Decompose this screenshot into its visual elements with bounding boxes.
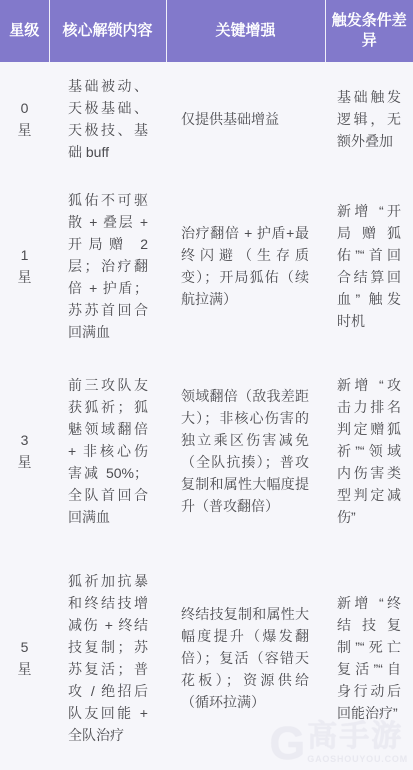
- table-row: 5 星 狐祈加抗暴和终结技增减伤 + 终结技复制；苏苏复活；普攻 / 绝招后队友…: [0, 545, 413, 770]
- trigger-diff-cell: 新增 “终结技复制”“死亡复活”“自身行动后回能治疗”: [325, 545, 413, 770]
- star-cell: 0 星: [0, 62, 49, 175]
- core-unlock-cell: 狐祈加抗暴和终结技增减伤 + 终结技复制；苏苏复活；普攻 / 绝招后队友回能 +…: [49, 545, 166, 770]
- table-header-row: 星级 核心解锁内容 关键增强 触发条件差异: [0, 0, 413, 62]
- table-row: 1 星 狐佑不可驱散 + 叠层 + 开局赠 2 层；治疗翻倍 + 护盾；苏苏首回…: [0, 175, 413, 357]
- header-core-unlock: 核心解锁内容: [49, 0, 166, 62]
- key-enhancement-cell: 治疗翻倍 + 护盾+最终闪避（生存质变）；开局狐佑（续航拉满）: [166, 175, 325, 357]
- key-enhancement-cell: 终结技复制和属性大幅度提升（爆发翻倍）；复活（容错天花板）；资源供给（循环拉满）: [166, 545, 325, 770]
- core-unlock-cell: 基础被动、天极基础、天极技、基础 buff: [49, 62, 166, 175]
- star-cell: 1 星: [0, 175, 49, 357]
- trigger-diff-cell: 基础触发逻辑，无额外叠加: [325, 62, 413, 175]
- table-row: 3 星 前三攻队友获狐祈；狐魅领域翻倍 + 非核心伤害减 50%；全队首回合回满…: [0, 357, 413, 545]
- header-trigger-diff: 触发条件差异: [325, 0, 413, 62]
- article-table-page: 星级 核心解锁内容 关键增强 触发条件差异 0 星 基础被动、天极基础、天极技、…: [0, 0, 413, 770]
- star-cell: 5 星: [0, 545, 49, 770]
- key-enhancement-cell: 仅提供基础增益: [166, 62, 325, 175]
- key-enhancement-cell: 领域翻倍（敌我差距大）；非核心伤害的独立乘区伤害减免（全队抗揍）；普攻复制和属性…: [166, 357, 325, 545]
- star-comparison-table: 星级 核心解锁内容 关键增强 触发条件差异 0 星 基础被动、天极基础、天极技、…: [0, 0, 413, 770]
- table-row: 0 星 基础被动、天极基础、天极技、基础 buff 仅提供基础增益 基础触发逻辑…: [0, 62, 413, 175]
- core-unlock-cell: 前三攻队友获狐祈；狐魅领域翻倍 + 非核心伤害减 50%；全队首回合回满血: [49, 357, 166, 545]
- header-star-level: 星级: [0, 0, 49, 62]
- trigger-diff-cell: 新增 “攻击力排名判定赠狐祈”“领域内伤害类型判定减伤”: [325, 357, 413, 545]
- star-cell: 3 星: [0, 357, 49, 545]
- trigger-diff-cell: 新增 “开局赠狐佑”“首回合结算回血” 触发时机: [325, 175, 413, 357]
- header-key-enhancement: 关键增强: [166, 0, 325, 62]
- core-unlock-cell: 狐佑不可驱散 + 叠层 + 开局赠 2 层；治疗翻倍 + 护盾；苏苏首回合回满血: [49, 175, 166, 357]
